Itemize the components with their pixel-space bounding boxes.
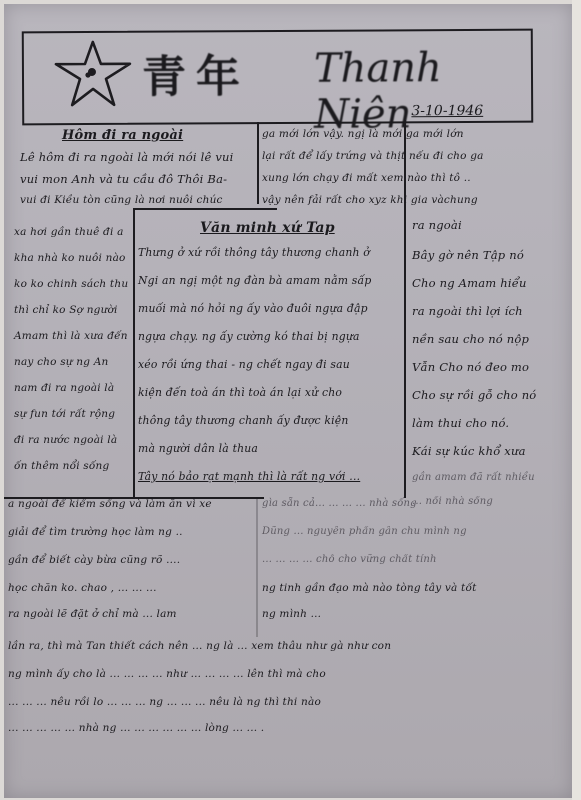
text-line: muối mà nó hỏi ng ấy vào đuôi ngựa đập <box>138 302 368 315</box>
text-line: Amam thì là xưa đến <box>14 330 128 342</box>
text-line: ng tinh gần đạo mà nào tòng tây và tốt <box>262 582 477 594</box>
text-line: nay cho sự ng An <box>14 356 108 368</box>
text-line: xung lớn chạy đi mất xem nào thì tô .. <box>262 172 471 184</box>
text-line: lần ra, thì mà Tan thiết cách nên ... ng… <box>8 640 391 652</box>
text-line: Bây gờ nên Tập nó <box>412 248 524 262</box>
text-line: ga mới lớn vậy. ngị là mới ga mới lớn <box>262 128 464 140</box>
masthead: 青年 Thanh Niên 3-10-1946 <box>22 29 533 126</box>
text-line: a ngoài để kiếm sống và làm ăn vì xe <box>8 498 212 510</box>
text-line: kha nhà ko nuôi nào <box>14 252 126 264</box>
text-line: Cho sự rồi gỗ cho nó <box>412 388 536 402</box>
masthead-title: Thanh Niên <box>314 45 531 138</box>
text-line: ... nối nhà sống <box>412 496 493 507</box>
text-line: Cho ng Amam hiểu <box>412 276 527 290</box>
text-line: Kái sự kúc khổ xưa <box>412 444 526 458</box>
text-line: nền sau cho nó nộp <box>412 332 529 346</box>
text-line: đi ra nước ngoài là <box>14 434 117 446</box>
inset-left-border <box>133 208 135 498</box>
text-line: gìa sẵn cả... ... ... ... nhà sống <box>262 498 417 509</box>
text-line: ... ... ... nêu rồi lo ... ... ... ng ..… <box>8 696 321 708</box>
newspaper-page: 青年 Thanh Niên 3-10-1946 Hôm đi ra ngoài … <box>4 4 572 798</box>
text-line: thông tây thương chanh ấy được kiện <box>138 414 349 427</box>
text-line: ra ngoài thì lợi ích <box>412 304 523 318</box>
bottom-divider <box>256 497 258 637</box>
text-line: Dũng ... nguyên phấn gân chu mình ng <box>262 526 467 537</box>
text-line: ốn thêm nổi sống <box>14 460 109 472</box>
text-line: xéo rồi ứng thai - ng chết ngay đi sau <box>138 358 350 371</box>
inset-top-border <box>133 208 277 210</box>
text-line: Vẫn Cho nó đeo mo <box>412 360 529 374</box>
text-line: kiện đến toà án thì toà án lại xử cho <box>138 386 342 399</box>
text-line: ra ngoài lẽ đặt ở chỉ mà ... lam <box>8 608 177 620</box>
text-line: giải để tìm trường học làm ng .. <box>8 526 183 538</box>
text-line: gần để biết cày bừa cũng rõ .... <box>8 554 180 566</box>
text-line: ra ngoài <box>412 218 462 232</box>
photo-border <box>572 0 581 800</box>
text-line: ... ... ... ... ... nhà ng ... ... ... .… <box>8 722 264 734</box>
text-line: ... ... ... ... chỗ cho vững chất tính <box>262 554 437 565</box>
text-line: Tây nó bảo rạt mạnh thì là rất ng với ..… <box>138 470 360 483</box>
text-line: ng mình ấy cho là ... ... ... ... như ..… <box>8 668 326 680</box>
text-line: ng mình ... <box>262 608 321 620</box>
text-line: sự fun tới rất rộng <box>14 408 115 420</box>
text-line: xa hơi gần thuê đi a <box>14 226 124 238</box>
text-line: thì chỉ ko Sợ người <box>14 304 118 316</box>
star-icon <box>48 39 138 109</box>
text-line: Lê hôm đi ra ngoài là mới nói lê vui <box>20 150 234 164</box>
article1-heading: Hôm đi ra ngoài <box>62 128 183 143</box>
text-line: ko ko chinh sách thu <box>14 278 128 290</box>
text-line: mà người dân là thua <box>138 442 258 455</box>
text-line: học chăn ko. chao , ... ... ... <box>8 582 157 594</box>
text-line: làm thui cho nó. <box>412 416 509 430</box>
text-line: vậy nên fải rất cho xyz khi gia vàchung <box>262 194 478 206</box>
issue-date: 3-10-1946 <box>411 103 483 119</box>
text-line: gần amam đã rất nhiều <box>412 472 535 483</box>
inset-heading: Văn minh xứ Tap <box>200 220 335 236</box>
text-line: vui đi Kiều tòn cũng là nơi nuôi chúc <box>20 194 223 206</box>
chinese-title: 青年 <box>142 40 250 105</box>
text-line: vui mon Anh và tu cầu đô Thôi Ba- <box>20 172 227 186</box>
text-line: Ngi an ngị một ng đàn bà amam nằm sấp <box>138 274 371 287</box>
text-line: lại rất để lấy trứng và thịt nếu đi cho … <box>262 150 484 162</box>
column-divider <box>257 122 259 204</box>
text-line: nam đi ra ngoài là <box>14 382 114 394</box>
text-line: Thưng ở xứ rồi thông tây thương chanh ở <box>138 246 370 259</box>
text-line: ngựa chạy. ng ấy cường kó thai bị ngựa <box>138 330 360 343</box>
